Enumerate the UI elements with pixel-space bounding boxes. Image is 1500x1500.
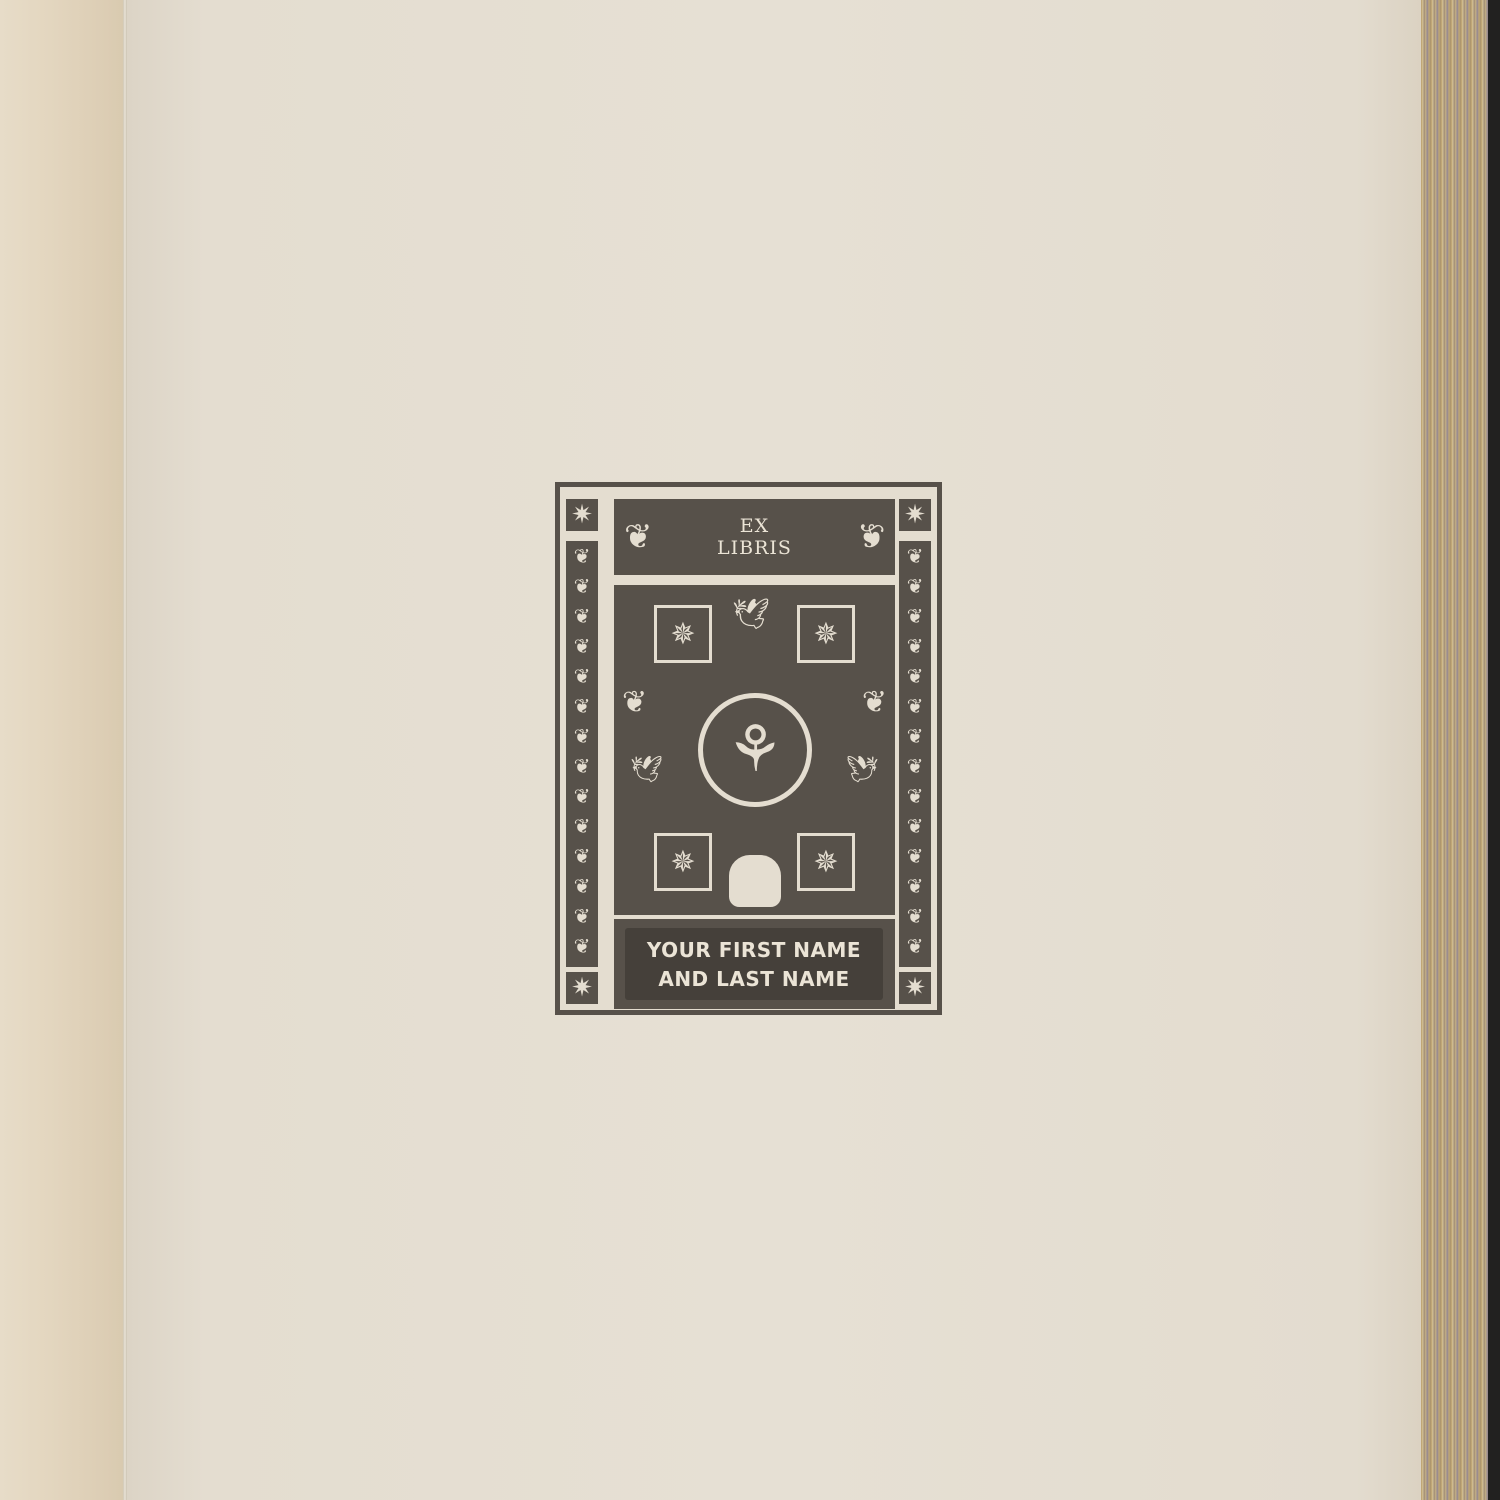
- leaf-icon: ❦: [907, 814, 924, 838]
- leaf-icon: ❦: [574, 574, 591, 598]
- bird-icon: 🕊: [846, 755, 879, 785]
- leaf-icon: ❦: [907, 844, 924, 868]
- leaf-icon: ❦: [907, 934, 924, 958]
- leaf-icon: ❦: [907, 664, 924, 688]
- leaf-icon: ❦: [574, 754, 591, 778]
- leaf-icon: ❦: [907, 874, 924, 898]
- owner-name-panel: YOUR FIRST NAME AND LAST NAME: [625, 928, 883, 1000]
- header-line-1: EX: [614, 515, 895, 537]
- left-vine-border: ❦ ❦ ❦ ❦ ❦ ❦ ❦ ❦ ❦ ❦ ❦ ❦ ❦ ❦: [566, 541, 598, 967]
- leaf-icon: ❦: [907, 694, 924, 718]
- leaf-icon: ❦: [574, 724, 591, 748]
- bookplate: ✷ ✷ ✷ ✷ ❦ ❦ ❦ ❦ ❦ ❦ ❦ ❦ ❦ ❦ ❦ ❦ ❦ ❦ ❦ ❦ …: [555, 482, 942, 1015]
- leaf-icon: ❦: [574, 664, 591, 688]
- leaf-icon: ❦: [907, 754, 924, 778]
- corner-star-icon: ✷: [899, 972, 931, 1004]
- leaf-icon: ❦: [907, 784, 924, 808]
- star-tile-icon: ✵: [797, 833, 855, 891]
- book-cover: [1488, 0, 1500, 1500]
- star-tile-icon: ✵: [797, 605, 855, 663]
- leaf-icon: ❦: [862, 685, 887, 720]
- leaf-icon: ❦: [907, 904, 924, 928]
- star-tile-icon: ✵: [654, 833, 712, 891]
- tree-medallion: ⚘: [698, 693, 812, 807]
- leaf-icon: ❦: [907, 724, 924, 748]
- leaf-icon: ❦: [622, 685, 647, 720]
- leaf-icon: ❦: [574, 814, 591, 838]
- leaf-icon: ❦: [907, 574, 924, 598]
- ex-libris-header: ❦ ❦ EX LIBRIS: [614, 499, 895, 575]
- leaf-icon: ❦: [907, 634, 924, 658]
- leaf-icon: ❦: [574, 544, 591, 568]
- corner-star-icon: ✷: [899, 499, 931, 531]
- left-page: [0, 0, 125, 1500]
- ex-libris-title: EX LIBRIS: [614, 515, 895, 559]
- bird-pair-icon: 🕊: [732, 597, 770, 632]
- leaf-icon: ❦: [574, 694, 591, 718]
- header-line-2: LIBRIS: [614, 537, 895, 559]
- leaf-icon: ❦: [574, 874, 591, 898]
- owner-name-line-1: YOUR FIRST NAME: [625, 936, 883, 965]
- leaf-icon: ❦: [574, 844, 591, 868]
- right-vine-border: ❦ ❦ ❦ ❦ ❦ ❦ ❦ ❦ ❦ ❦ ❦ ❦ ❦ ❦: [899, 541, 931, 967]
- owner-name-line-2: AND LAST NAME: [625, 965, 883, 994]
- leaf-icon: ❦: [907, 604, 924, 628]
- leaf-icon: ❦: [574, 904, 591, 928]
- corner-star-icon: ✷: [566, 499, 598, 531]
- bird-icon: 🕊: [630, 755, 663, 785]
- leaf-icon: ❦: [574, 634, 591, 658]
- corner-star-icon: ✷: [566, 972, 598, 1004]
- main-ornament-field: ✵ ✵ ✵ ✵ 🕊 🕊 🕊 ❦ ❦ ⚘: [614, 585, 895, 915]
- leaf-icon: ❦: [574, 934, 591, 958]
- leaf-icon: ❦: [574, 784, 591, 808]
- leaf-icon: ❦: [907, 544, 924, 568]
- vase-icon: [729, 855, 781, 907]
- tree-icon: ⚘: [726, 713, 783, 787]
- bookplate-inner: ✷ ✷ ✷ ✷ ❦ ❦ ❦ ❦ ❦ ❦ ❦ ❦ ❦ ❦ ❦ ❦ ❦ ❦ ❦ ❦ …: [560, 487, 937, 1010]
- star-tile-icon: ✵: [654, 605, 712, 663]
- leaf-icon: ❦: [574, 604, 591, 628]
- gilt-page-edges: [1421, 0, 1488, 1500]
